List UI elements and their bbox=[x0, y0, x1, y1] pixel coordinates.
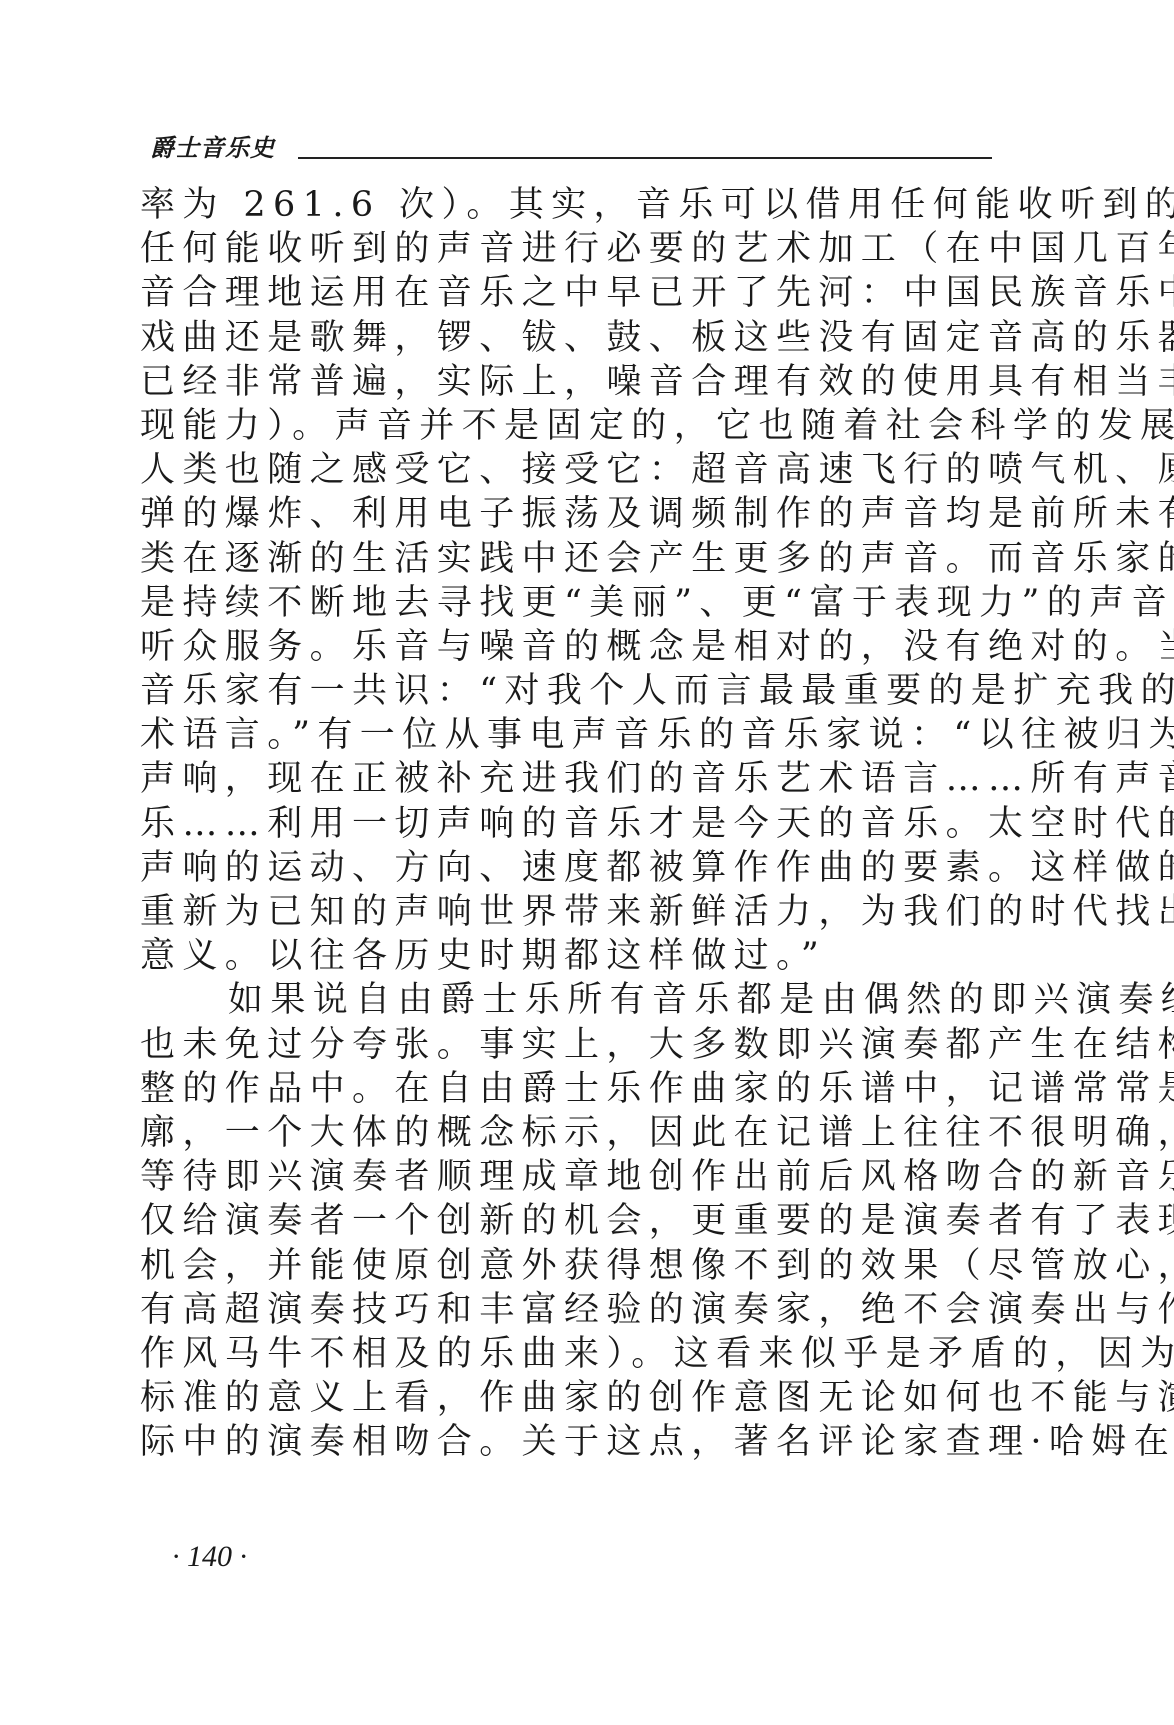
text-line: 弹的爆炸、利用电子振荡及调频制作的声音均是前所未有的，人 bbox=[140, 492, 1020, 536]
text-line: 声响，现在正被补充进我们的音乐艺术语言……所有声音都是音 bbox=[140, 757, 1020, 801]
text-line: 音合理地运用在音乐之中早已开了先河：中国民族音乐中，无论 bbox=[140, 271, 1020, 315]
text-line: 声响的运动、方向、速度都被算作作曲的要素。这样做的目标是 bbox=[140, 846, 1020, 890]
text-line: 有高超演奏技巧和丰富经验的演奏家，绝不会演奏出与作曲家创 bbox=[140, 1288, 1020, 1332]
text-line: 意义。以往各历史时期都这样做过。” bbox=[140, 934, 1020, 978]
header-rule bbox=[298, 157, 992, 159]
text-line: 率为 261.6 次）。其实，音乐可以借用任何能收听到的声音，对 bbox=[140, 183, 1020, 227]
text-line: 机会，并能使原创意外获得想像不到的效果（尽管放心，这些具 bbox=[140, 1244, 1020, 1288]
text-line: 际中的演奏相吻合。关于这点，著名评论家查理·哈姆在《改变 bbox=[140, 1420, 1020, 1464]
text-line: 人类也随之感受它、接受它：超音高速飞行的喷气机、原子弹氢 bbox=[140, 448, 1020, 492]
text-line: 重新为已知的声响世界带来新鲜活力，为我们的时代找出更多的 bbox=[140, 890, 1020, 934]
running-head: 爵士音乐史 bbox=[150, 128, 275, 163]
text-line: 任何能收听到的声音进行必要的艺术加工（在中国几百年前，噪 bbox=[140, 227, 1020, 271]
text-line: 现能力）。声音并不是固定的，它也随着社会科学的发展而产生， bbox=[140, 404, 1020, 448]
text-line: 廓，一个大体的概念标示，因此在记谱上往往不很明确，通常是 bbox=[140, 1111, 1020, 1155]
text-line: 乐……利用一切声响的音乐才是今天的音乐。太空时代的音乐、 bbox=[140, 802, 1020, 846]
text-line: 标准的意义上看，作曲家的创作意图无论如何也不能与演奏家实 bbox=[140, 1376, 1020, 1420]
text-line: 戏曲还是歌舞，锣、钹、鼓、板这些没有固定音高的乐器使用， bbox=[140, 316, 1020, 360]
text-line: 也未免过分夸张。事实上，大多数即兴演奏都产生在结构相当完 bbox=[140, 1023, 1020, 1067]
text-line: 已经非常普遍，实际上，噪音合理有效的使用具有相当丰富的表 bbox=[140, 360, 1020, 404]
text-line: 类在逐渐的生活实践中还会产生更多的声音。而音乐家的工作就 bbox=[140, 537, 1020, 581]
text-line: 作风马牛不相及的乐曲来）。这看来似乎是矛盾的，因为从固定 bbox=[140, 1332, 1020, 1376]
text-line: 仅给演奏者一个创新的机会，更重要的是演奏者有了表现自我的 bbox=[140, 1199, 1020, 1243]
text-line: 是持续不断地去寻找更“美丽”、更“富于表现力”的声音来为 bbox=[140, 581, 1020, 625]
text-line: 听众服务。乐音与噪音的概念是相对的，没有绝对的。当代许多 bbox=[140, 625, 1020, 669]
text-line: 音乐家有一共识：“对我个人而言最最重要的是扩充我的音乐艺 bbox=[140, 669, 1020, 713]
page-number: · 140 · bbox=[172, 1540, 247, 1574]
paragraph-start-line: 如果说自由爵士乐所有音乐都是由偶然的即兴演奏组成，那 bbox=[140, 978, 1020, 1022]
text-line: 整的作品中。在自由爵士乐作曲家的乐谱中，记谱常常是一个轮 bbox=[140, 1067, 1020, 1111]
text-line: 术语言。”有一位从事电声音乐的音乐家说：“以往被归为噪音的 bbox=[140, 713, 1020, 757]
text-line: 等待即兴演奏者顺理成章地创作出前后风格吻合的新音乐。这不 bbox=[140, 1155, 1020, 1199]
body-text: 率为 261.6 次）。其实，音乐可以借用任何能收听到的声音，对 任何能收听到的… bbox=[140, 183, 1020, 1464]
